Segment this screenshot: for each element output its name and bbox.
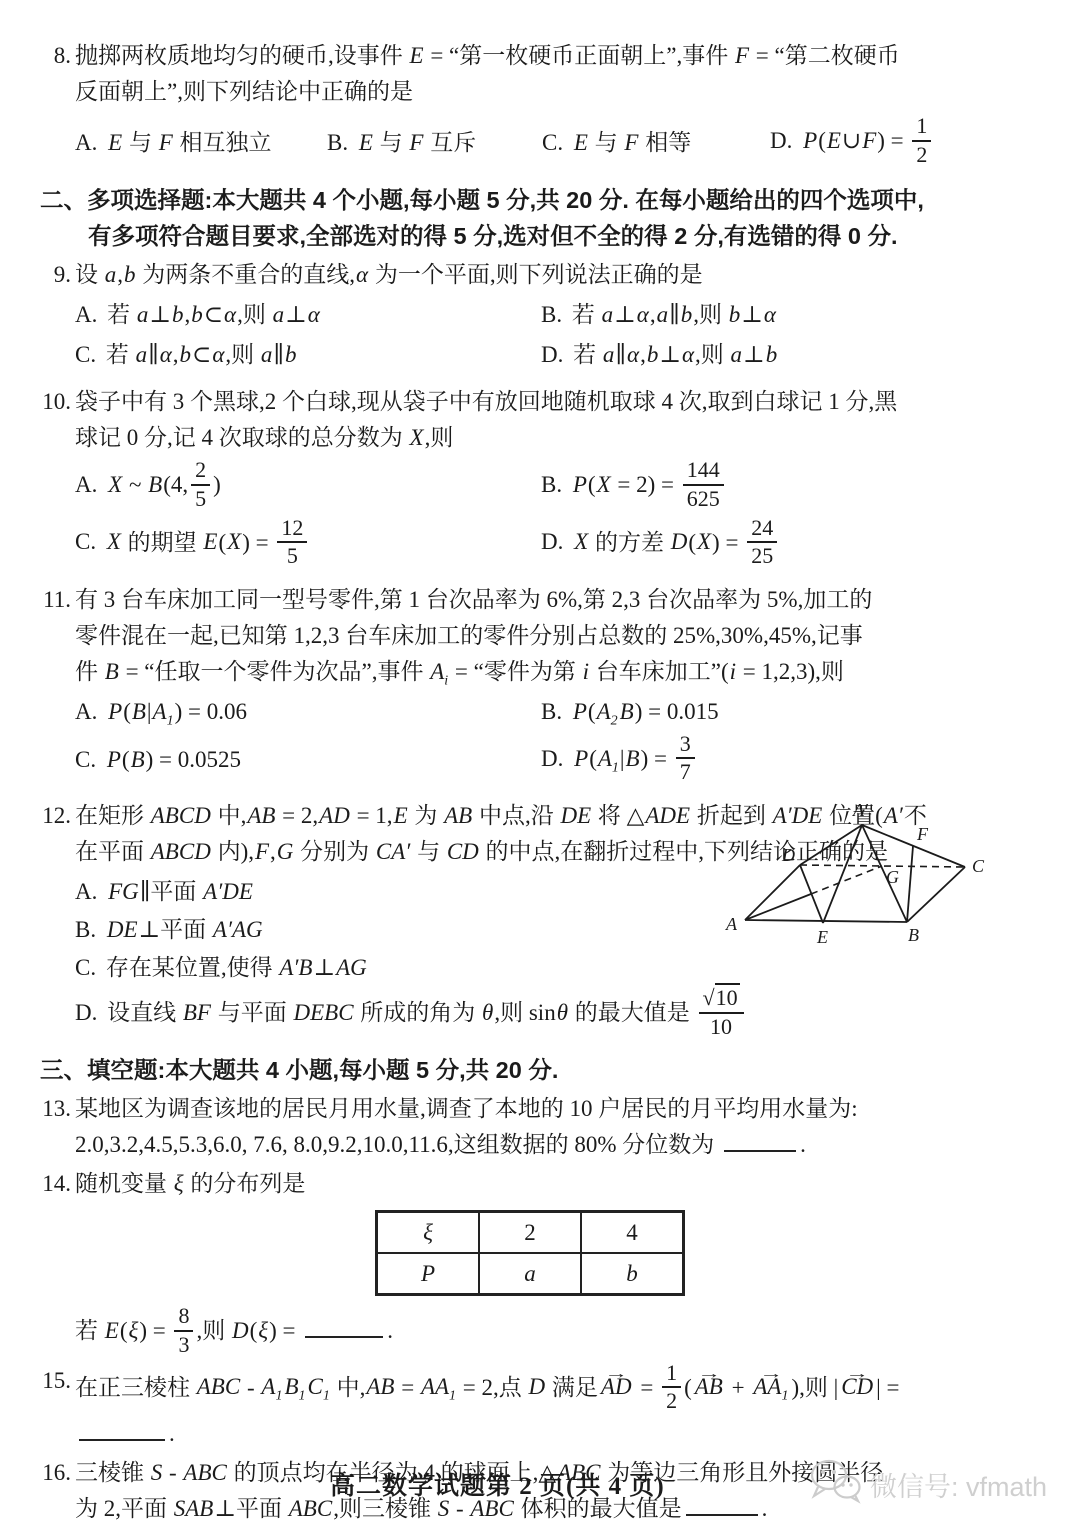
math-var: i (729, 659, 737, 684)
svg-text:F: F (916, 824, 929, 844)
fraction-denominator: 3 (174, 1332, 193, 1358)
option-label: D. (541, 746, 573, 771)
math-var: P (572, 472, 588, 497)
page-footer: 高二数学试题第 2 页(共 4 页) 微信号: vfmath (0, 1456, 1080, 1516)
fraction-denominator: 10 (699, 1014, 744, 1040)
math-var: ABC (196, 1374, 241, 1399)
question-9: 9.设 a,b 为两条不重合的直线,α 为一个平面,则下列说法正确的是A. 若 … (40, 257, 1052, 381)
math-var: P (420, 1261, 436, 1286)
options: A. E 与 F 相互独立B. E 与 F 互斥C. E 与 F 相等D. P(… (75, 116, 1052, 169)
fraction-numerator: 144 (683, 458, 724, 486)
math-var: X (107, 472, 123, 497)
math-var: a (601, 302, 615, 327)
option-A: A. E 与 F 相互独立 (75, 125, 327, 161)
math-var: a (656, 302, 670, 327)
math-var: Ai (429, 659, 449, 684)
math-var: X (226, 529, 242, 554)
question-body: 袋子中有 3 个黑球,2 个白球,现从袋子中有放回地随机取球 4 次,取到白球记… (75, 384, 1052, 579)
math-var: a (136, 302, 150, 327)
stem-line: 反面朝上”,则下列结论中正确的是 (75, 74, 1052, 110)
sqrt-radicand: 10 (715, 983, 740, 1010)
math-var: B (104, 659, 120, 684)
section-header: 三、填空题:本大题共 4 小题,每小题 5 分,共 20 分. (40, 1052, 1052, 1088)
math-var: a (602, 342, 616, 367)
math-var: b (190, 302, 204, 327)
fraction-denominator: 7 (676, 759, 695, 785)
math-var: D (528, 1374, 547, 1399)
options: A. P(B|A1) = 0.06B. P(A2B) = 0.015C. P(B… (75, 694, 1052, 787)
fraction-denominator: 625 (683, 486, 724, 512)
stem-line: 设 a,b 为两条不重合的直线,α 为一个平面,则下列说法正确的是 (75, 257, 1052, 293)
options: A. X ~ B(4,25)B. P(X = 2) = 144625C. X 的… (75, 460, 1052, 571)
fraction-denominator: 2 (912, 142, 931, 168)
math-var: b (646, 342, 660, 367)
math-var: F (861, 128, 877, 153)
option-B: B. P(A2B) = 0.015 (541, 694, 1052, 730)
math-var: A′B (278, 955, 313, 980)
math-var: a (260, 342, 274, 367)
option-B: B. P(X = 2) = 144625 (541, 460, 1052, 513)
math-var: CA′ (375, 839, 411, 864)
question-number: 15. (40, 1363, 75, 1452)
math-var: AD (600, 1374, 633, 1399)
math-var: B (619, 699, 635, 724)
exam-content: 8.抛掷两枚质地均匀的硬币,设事件 E = “第一枚硬币正面朝上”,事件 F =… (0, 0, 1080, 1527)
option-B: B. E 与 F 互斥 (327, 125, 542, 161)
math-var: X (409, 425, 425, 450)
fraction-numerator: 8 (174, 1304, 193, 1332)
stem-line: 球记 0 分,记 4 次取球的总分数为 X,则 (75, 420, 1052, 456)
math-var: E (409, 43, 425, 68)
math-var: E (202, 529, 218, 554)
option-C: C. E 与 F 相等 (542, 125, 770, 161)
fraction-numerator: 3 (676, 732, 695, 760)
math-var: CD (446, 839, 480, 864)
fraction-denominator: 5 (277, 543, 307, 569)
answer-blank (305, 1332, 383, 1338)
math-var: AD (318, 803, 351, 828)
math-var: G (276, 839, 295, 864)
fraction-numerator: 2 (191, 458, 210, 486)
fraction-numerator: 1 (662, 1361, 681, 1389)
math-fraction: √1010 (699, 986, 744, 1039)
svg-text:B: B (908, 925, 919, 945)
section-line: 有多项符合题目要求,全部选对的得 5 分,选对但不全的得 2 分,有选错的得 0… (40, 218, 1052, 254)
question-body: 某地区为调查该地的居民月用水量,调查了本地的 10 户居民的月平均用水量为:2.… (75, 1091, 1052, 1163)
table-cell: 4 (581, 1212, 684, 1254)
math-var: ξ (173, 1171, 185, 1196)
svg-text:G: G (886, 867, 899, 887)
math-var: α (159, 342, 173, 367)
option-label: D. (75, 1000, 107, 1025)
option-label: D. (541, 529, 573, 554)
table-cell: a (479, 1253, 581, 1295)
math-var: P (107, 699, 123, 724)
option-label: C. (75, 747, 106, 772)
question-number: 10. (40, 384, 75, 579)
math-var: a (523, 1261, 537, 1286)
math-var: E (826, 128, 842, 153)
section-line: 三、填空题:本大题共 4 小题,每小题 5 分,共 20 分. (40, 1052, 1052, 1088)
option-label: D. (770, 128, 802, 153)
option-label: B. (541, 302, 572, 327)
math-var: α (355, 262, 369, 287)
math-fraction: 2425 (747, 516, 777, 569)
option-C: C. P(B) = 0.0525 (75, 742, 541, 778)
math-var: AB (246, 803, 276, 828)
math-var: B1 (283, 1374, 306, 1399)
question-body: 在正三棱柱 ABC - A1B1C1 中,AB = AA1 = 2,点 D 满足… (75, 1363, 1052, 1452)
math-var: B (625, 746, 641, 771)
stem-line: 有 3 台车床加工同一型号零件,第 1 台次品率为 6%,第 2,3 台次品率为… (75, 582, 1052, 618)
fraction-numerator: √10 (699, 986, 744, 1014)
option-label: A. (75, 699, 107, 724)
math-var: b (680, 302, 694, 327)
option-label: A. (75, 130, 107, 155)
math-var: A′DE (202, 879, 254, 904)
math-var: b (179, 342, 193, 367)
distribution-table: ξ24Pab (375, 1210, 685, 1296)
question-13: 13.某地区为调查该地的居民月用水量,调查了本地的 10 户居民的月平均用水量为… (40, 1091, 1052, 1163)
stem-line: 件 B = “任取一个零件为次品”,事件 Ai = “零件为第 i 台车床加工”… (75, 654, 1052, 690)
math-var: E (358, 130, 374, 155)
math-var: CD (840, 1374, 874, 1399)
table-cell: ξ (377, 1212, 480, 1254)
math-var: A2 (596, 699, 619, 724)
math-var: B (131, 699, 147, 724)
math-var: X (596, 472, 612, 497)
math-var: F (623, 130, 639, 155)
question-body: 抛掷两枚质地均匀的硬币,设事件 E = “第一枚硬币正面朝上”,事件 F = “… (75, 38, 1052, 179)
math-var: X (106, 529, 122, 554)
math-var: α (223, 302, 237, 327)
table-cell: b (581, 1253, 684, 1295)
math-var: P (802, 128, 818, 153)
math-var: a (730, 342, 744, 367)
math-var: a (104, 262, 118, 287)
option-D: D. 若 a∥α,b⊥α,则 a⊥b (541, 337, 1052, 373)
math-var: α (636, 302, 650, 327)
stem-line: 零件混在一起,已知第 1,2,3 台车床加工的零件分别占总数的 25%,30%,… (75, 618, 1052, 654)
option-label: C. (75, 342, 106, 367)
svg-text:C: C (972, 856, 985, 876)
math-var: P (573, 746, 589, 771)
math-var: i (582, 659, 590, 684)
option-D: D. 设直线 BF 与平面 DEBC 所成的角为 θ,则 sinθ 的最大值是 … (75, 988, 1052, 1041)
math-var: θ (481, 1000, 494, 1025)
math-var: b (284, 342, 298, 367)
math-var: C1 (307, 1374, 331, 1399)
options: A. 若 a⊥b,b⊂α,则 a⊥αB. 若 a⊥α,a∥b,则 b⊥αC. 若… (75, 297, 1052, 373)
option-label: D. (541, 342, 573, 367)
section-header: 二、多项选择题:本大题共 4 个小题,每小题 5 分,共 20 分. 在每小题给… (40, 182, 1052, 254)
math-var: AB (694, 1374, 724, 1399)
question-number: 11. (40, 582, 75, 795)
math-var: AB (365, 1374, 395, 1399)
table-cell: P (377, 1253, 480, 1295)
option-A: A. 若 a⊥b,b⊂α,则 a⊥α (75, 297, 541, 333)
math-var: α (763, 302, 777, 327)
question-11: 11.有 3 台车床加工同一型号零件,第 1 台次品率为 6%,第 2,3 台次… (40, 582, 1052, 795)
math-var: b (123, 262, 137, 287)
math-var: E (107, 130, 123, 155)
math-var: b (765, 342, 779, 367)
math-var: A1 (152, 699, 175, 724)
stem-line: 某地区为调查该地的居民月用水量,调查了本地的 10 户居民的月平均用水量为: (75, 1091, 1052, 1127)
table-cell: 2 (479, 1212, 581, 1254)
math-var: DE (106, 917, 139, 942)
math-var: ξ (257, 1318, 269, 1343)
question-number: 8. (40, 38, 75, 179)
question-body: 设 a,b 为两条不重合的直线,α 为一个平面,则下列说法正确的是A. 若 a⊥… (75, 257, 1052, 381)
svg-text:D: D (781, 845, 795, 865)
answer-blank (724, 1146, 796, 1152)
math-var: X (696, 529, 712, 554)
stem-line: 抛掷两枚质地均匀的硬币,设事件 E = “第一枚硬币正面朝上”,事件 F = “… (75, 38, 1052, 74)
option-A: A. X ~ B(4,25) (75, 460, 541, 513)
math-var: b (625, 1261, 639, 1286)
option-label: B. (327, 130, 358, 155)
question-body: 有 3 台车床加工同一型号零件,第 1 台次品率为 6%,第 2,3 台次品率为… (75, 582, 1052, 795)
math-var: P (572, 699, 588, 724)
math-var: AG (335, 955, 368, 980)
math-var: AA1 (420, 1374, 457, 1399)
math-var: ξ (127, 1318, 139, 1343)
math-vector: AB (694, 1369, 724, 1405)
question-number: 12. (40, 798, 75, 1049)
math-var: α (307, 302, 321, 327)
question-number: 13. (40, 1091, 75, 1163)
math-var: X (573, 529, 589, 554)
math-var: F (254, 839, 270, 864)
option-label: B. (75, 917, 106, 942)
fraction-denominator: 5 (191, 486, 210, 512)
math-var: A1 (597, 746, 620, 771)
math-var: A′AG (212, 917, 264, 942)
math-var: ADE (644, 803, 691, 828)
math-var: AA1 (752, 1374, 789, 1399)
math-var: D (670, 529, 689, 554)
math-sqrt: √10 (703, 983, 740, 1010)
math-var: α (626, 342, 640, 367)
math-var: a (272, 302, 286, 327)
math-var: B (130, 747, 146, 772)
math-fraction: 144625 (683, 458, 724, 511)
question-body: 随机变量 ξ 的分布列是ξ24Pab若 E(ξ) = 83,则 D(ξ) = . (75, 1166, 1052, 1359)
math-var: E (393, 803, 409, 828)
question-8: 8.抛掷两枚质地均匀的硬币,设事件 E = “第一枚硬币正面朝上”,事件 F =… (40, 38, 1052, 179)
question-15: 15.在正三棱柱 ABC - A1B1C1 中,AB = AA1 = 2,点 D… (40, 1363, 1052, 1452)
page-number-label: 高二数学试题第 2 页(共 4 页) (330, 1466, 665, 1502)
math-var: AB (443, 803, 473, 828)
option-C: C. 若 a∥α,b⊂α,则 a∥b (75, 337, 541, 373)
option-label: B. (541, 472, 572, 497)
stem-line: . (75, 1416, 1052, 1452)
table-row: Pab (377, 1253, 684, 1295)
option-A: A. P(B|A1) = 0.06 (75, 694, 541, 730)
math-var: α (681, 342, 695, 367)
option-C: C. X 的期望 E(X) = 125 (75, 518, 541, 571)
math-fraction: 25 (191, 458, 210, 511)
math-var: F (158, 130, 174, 155)
math-fraction: 12 (912, 114, 931, 167)
math-var: E (573, 130, 589, 155)
option-D: D. P(A1|B) = 37 (541, 734, 1052, 787)
fraction-numerator: 12 (277, 516, 307, 544)
math-fraction: 83 (174, 1304, 193, 1357)
math-var: b (171, 302, 185, 327)
math-var: FG (107, 879, 140, 904)
math-vector: AD (600, 1369, 633, 1405)
option-label: C. (542, 130, 573, 155)
option-D: D. X 的方差 D(X) = 2425 (541, 518, 1052, 571)
question-14: 14.随机变量 ξ 的分布列是ξ24Pab若 E(ξ) = 83,则 D(ξ) … (40, 1166, 1052, 1359)
stem-line: 2.0,3.2,4.5,5.3,6.0, 7.6, 8.0,9.2,10.0,1… (75, 1127, 1052, 1163)
svg-text:A′: A′ (852, 800, 869, 820)
math-vector: CD (840, 1369, 874, 1405)
math-var: BF (182, 1000, 212, 1025)
question-10: 10.袋子中有 3 个黑球,2 个白球,现从袋子中有放回地随机取球 4 次,取到… (40, 384, 1052, 579)
geometry-figure: A′FDCGAEB (720, 798, 1020, 966)
math-var: DEBC (292, 1000, 354, 1025)
answer-blank (79, 1435, 165, 1441)
option-B: B. 若 a⊥α,a∥b,则 b⊥α (541, 297, 1052, 333)
wechat-icon (808, 1458, 862, 1511)
math-var: a (135, 342, 149, 367)
option-label: A. (75, 472, 107, 497)
svg-text:A: A (725, 914, 738, 934)
math-var: B (147, 472, 163, 497)
table-row: ξ24 (377, 1212, 684, 1254)
fraction-denominator: 25 (747, 543, 777, 569)
section-line: 二、多项选择题:本大题共 4 个小题,每小题 5 分,共 20 分. 在每小题给… (40, 182, 1052, 218)
math-fraction: 125 (277, 516, 307, 569)
math-var: P (106, 747, 122, 772)
question-number: 14. (40, 1166, 75, 1359)
stem-line: 在正三棱柱 ABC - A1B1C1 中,AB = AA1 = 2,点 D 满足… (75, 1363, 1052, 1416)
stem-line: 袋子中有 3 个黑球,2 个白球,现从袋子中有放回地随机取球 4 次,取到白球记… (75, 384, 1052, 420)
option-D: D. P(E∪F) = 12 (770, 116, 1052, 169)
stem-line: 若 E(ξ) = 83,则 D(ξ) = . (75, 1306, 1052, 1359)
math-vector: AA1 (752, 1369, 789, 1405)
option-label: C. (75, 529, 106, 554)
math-var: b (728, 302, 742, 327)
math-var: ABCD (150, 803, 212, 828)
math-var: A1 (260, 1374, 283, 1399)
math-fraction: 12 (662, 1361, 681, 1414)
option-label: B. (541, 699, 572, 724)
question-number: 9. (40, 257, 75, 381)
math-var: F (734, 43, 750, 68)
math-var: ξ (422, 1220, 434, 1245)
math-var: ABCD (150, 839, 212, 864)
math-var: DE (559, 803, 592, 828)
watermark: 微信号: vfmath (808, 1458, 1047, 1511)
math-var: F (408, 130, 424, 155)
fraction-numerator: 24 (747, 516, 777, 544)
fraction-denominator: 2 (662, 1388, 681, 1414)
math-fraction: 37 (676, 732, 695, 785)
math-var: α (211, 342, 225, 367)
fraction-numerator: 1 (912, 114, 931, 142)
math-var: D (231, 1318, 250, 1343)
math-var: θ (556, 1000, 569, 1025)
option-label: A. (75, 302, 107, 327)
svg-text:E: E (816, 927, 828, 947)
stem-line: 随机变量 ξ 的分布列是 (75, 1166, 1052, 1202)
math-var: E (104, 1318, 120, 1343)
option-label: A. (75, 879, 107, 904)
option-label: C. (75, 955, 106, 980)
watermark-text: 微信号: vfmath (870, 1465, 1047, 1504)
exam-page: 8.抛掷两枚质地均匀的硬币,设事件 E = “第一枚硬币正面朝上”,事件 F =… (0, 0, 1080, 1528)
